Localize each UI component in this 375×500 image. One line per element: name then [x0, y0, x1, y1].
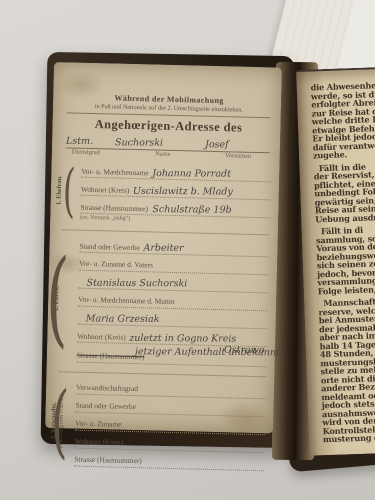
mother-name-handwritten: Maria Grzesiak — [78, 313, 160, 325]
field-label: Wohnort (Kreis) — [77, 332, 126, 342]
father-name-handwritten: Stanislaus Suchorski — [79, 278, 188, 290]
instructions-page: die Abwesenheitwerde, so ist dierfolgter… — [296, 67, 375, 456]
section-brace: ( — [46, 251, 71, 345]
form-title: Angehœrigen-Adresse des — [64, 116, 272, 136]
field-row: Strasse (Hausnummer) — [74, 455, 264, 472]
field-row: Verwandtschaftsgrad — [76, 383, 266, 400]
field-label: Vor- u. Zuname — [75, 419, 122, 429]
field-value-handwritten: Schulstraße 19b — [152, 204, 231, 216]
field-value-handwritten: Johanna Porradt — [153, 168, 232, 180]
field-row-overwritten: Strasse (Hausnummer) jetziger Aufenthalt… — [77, 351, 267, 368]
dienstgrad-value: Lstm. — [66, 136, 115, 147]
field-value-handwritten: Uscislawitz b. Mlady — [133, 186, 233, 198]
field-value-handwritten: zuletzt in Gogno Kreis — [130, 333, 237, 345]
fraktur-text-line: Uebung ausdrü — [315, 212, 375, 223]
field-row: Wohnort (Kreis) Uscislawitz b. Mlady — [81, 184, 271, 201]
field-row: Wohnort (Kreis) — [75, 437, 265, 454]
section-ehefrau: 1. Ehefrau. ( Vor- u. Mædchenname Johann… — [62, 159, 271, 225]
field-label: Vor- u. Zuname d. Vaters — [79, 259, 153, 270]
field-label: Wohnort (Kreis) — [81, 185, 130, 195]
photo-of-open-military-booklet: Während der Mobilmachung in Paß und Nati… — [0, 0, 375, 500]
section-eltern-fields: Stand oder Gewerbe Arbeiter Vor- u. Zuna… — [77, 235, 270, 368]
field-label: Vor- u. Mædchenname d. Mutter — [78, 295, 175, 306]
section-verwandte-fields: Verwandtschaftsgrad Stand oder Gewerbe V… — [74, 377, 266, 472]
form-page: Während der Mobilmachung in Paß und Nati… — [45, 62, 282, 433]
section-verwandte-side: 3. Verwandte,(falls ledig oder Frau tot)… — [56, 376, 76, 466]
vornamen-value: Josef — [205, 139, 270, 150]
field-label: Vor- u. Mædchenname — [81, 167, 148, 178]
field-row: Vor- u. Mædchenname d. Mutter — [78, 295, 268, 312]
fraktur-text-line: musterung die — [323, 432, 375, 443]
field-row: Vor- u. Mædchenname Johanna Porradt — [81, 166, 271, 183]
section-brace: ( — [50, 385, 69, 457]
field-row: Maria Grzesiak — [78, 313, 268, 330]
form-content: Während der Mobilmachung in Paß und Nati… — [45, 62, 282, 433]
field-value-handwritten: Arbeiter — [144, 243, 184, 254]
fraktur-text-block: die Abwesenheitwerde, so ist dierfolgter… — [296, 69, 375, 468]
field-label: Stand oder Gewerbe — [79, 242, 140, 252]
section-verwandte: 3. Verwandte,(falls ledig oder Frau tot)… — [56, 376, 266, 471]
field-row: Vor- u. Zuname — [75, 419, 265, 436]
field-row: Stanislaus Suchorski — [78, 277, 268, 294]
field-label: Stand oder Gewerbe — [76, 401, 137, 411]
field-row: Stand oder Gewerbe — [75, 401, 265, 418]
section-brace: ( — [63, 164, 77, 216]
field-label: Wohnort (Kreis) — [75, 437, 124, 447]
fraktur-text-line: Folge leisten, f — [318, 284, 375, 295]
field-label: Verwandtschaftsgrad — [76, 383, 138, 394]
vornamen-label: Vornamen — [206, 152, 270, 161]
field-row: Stand oder Gewerbe Arbeiter — [79, 241, 269, 258]
section-ehefrau-fields: Vor- u. Mædchenname Johanna Porradt Wohn… — [80, 160, 271, 226]
section-ehefrau-side: 1. Ehefrau. ( — [62, 159, 81, 220]
field-row: Vor- u. Zuname d. Vaters — [79, 259, 269, 276]
section-eltern: 2. Eltern. ( Stand oder Gewerbe Arbeiter… — [59, 234, 270, 367]
field-label: Strasse (Hausnummer) — [74, 455, 142, 466]
section-eltern-side: 2. Eltern. ( — [59, 234, 80, 362]
field-label: Strasse (Hausnummer) — [80, 203, 148, 214]
name-value: Suchorski — [115, 137, 205, 149]
ostrowo-handwriting: Ostrowo — [224, 345, 265, 356]
name-label: Name — [119, 150, 206, 159]
